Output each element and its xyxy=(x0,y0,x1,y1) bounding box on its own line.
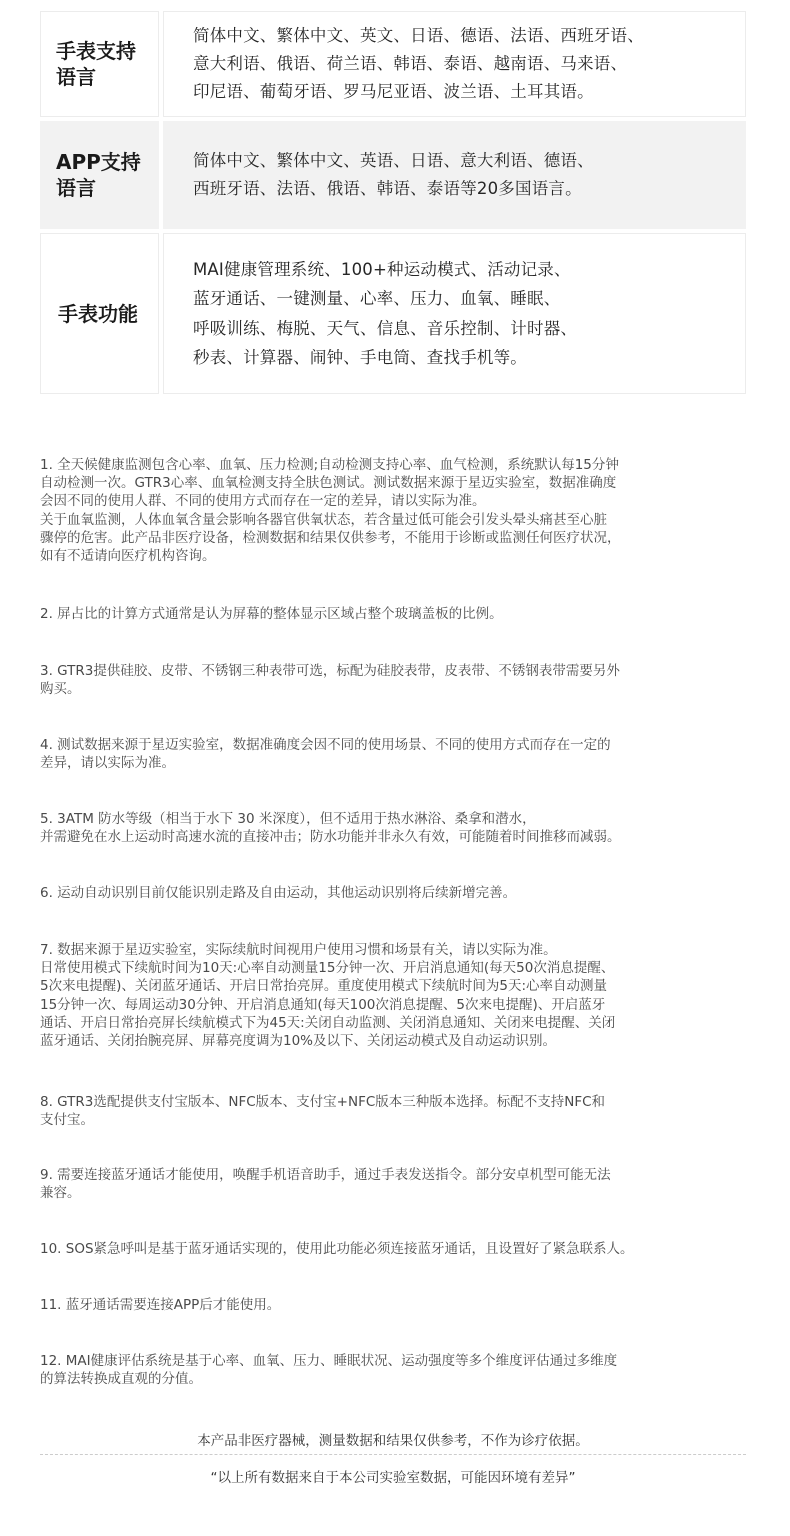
footnote-3: 3. GTR3提供硅胶、皮带、不锈钢三种表带可选，标配为硅胶表带，皮表带、不锈钢… xyxy=(40,662,752,698)
spec-row-watch-features: 手表功能 MAI健康管理系统、100+种运动模式、活动记录、 蓝牙通话、一键测量… xyxy=(40,233,746,394)
spec-label-cell: APP支持 语言 xyxy=(40,121,159,229)
footnote-7: 7. 数据来源于星迈实验室，实际续航时间视用户使用习惯和场景有关，请以实际为准。… xyxy=(40,941,752,1050)
footnote-4: 4. 测试数据来源于星迈实验室，数据准确度会因不同的使用场景、不同的使用方式而存… xyxy=(40,736,752,772)
footnote-5: 5. 3ATM 防水等级（相当于水下 30 米深度），但不适用于热水淋浴、桑拿和… xyxy=(40,810,752,846)
spec-value: MAI健康管理系统、100+种运动模式、活动记录、 蓝牙通话、一键测量、心率、压… xyxy=(193,255,577,373)
data-source-quote: “以上所有数据来自于本公司实验室数据，可能因环境有差异” xyxy=(40,1466,746,1486)
spec-row-app-languages: APP支持 语言 简体中文、繁体中文、英语、日语、意大利语、德语、 西班牙语、法… xyxy=(40,121,746,229)
footnote-6: 6. 运动自动识别目前仅能识别走路及自由运动，其他运动识别将后续新增完善。 xyxy=(40,884,752,902)
spec-row-watch-languages: 手表支持 语言 简体中文、繁体中文、英文、日语、德语、法语、西班牙语、 意大利语… xyxy=(40,11,746,117)
spec-label: APP支持 语言 xyxy=(56,149,141,201)
footnote-2: 2. 屏占比的计算方式通常是认为屏幕的整体显示区域占整个玻璃盖板的比例。 xyxy=(40,605,752,623)
spec-value-cell: 简体中文、繁体中文、英语、日语、意大利语、德语、 西班牙语、法语、俄语、韩语、泰… xyxy=(163,121,746,229)
footnote-8: 8. GTR3选配提供支付宝版本、NFC版本、支付宝+NFC版本三种版本选择。标… xyxy=(40,1093,752,1129)
spec-value-cell: MAI健康管理系统、100+种运动模式、活动记录、 蓝牙通话、一键测量、心率、压… xyxy=(163,233,746,394)
spec-label-cell: 手表支持 语言 xyxy=(40,11,159,117)
footnote-9: 9. 需要连接蓝牙通话才能使用，唤醒手机语音助手，通过手表发送指令。部分安卓机型… xyxy=(40,1166,752,1202)
medical-disclaimer: 本产品非医疗器械，测量数据和结果仅供参考，不作为诊疗依据。 xyxy=(40,1429,746,1449)
spec-value-cell: 简体中文、繁体中文、英文、日语、德语、法语、西班牙语、 意大利语、俄语、荷兰语、… xyxy=(163,11,746,117)
footnote-1: 1. 全天候健康监测包含心率、血氧、压力检测;自动检测支持心率、血气检测，系统默… xyxy=(40,456,752,565)
footnote-12: 12. MAI健康评估系统是基于心率、血氧、压力、睡眠状况、运动强度等多个维度评… xyxy=(40,1352,752,1388)
spec-label-cell: 手表功能 xyxy=(40,233,159,394)
spec-value: 简体中文、繁体中文、英语、日语、意大利语、德语、 西班牙语、法语、俄语、韩语、泰… xyxy=(193,147,594,203)
spec-value: 简体中文、繁体中文、英文、日语、德语、法语、西班牙语、 意大利语、俄语、荷兰语、… xyxy=(193,22,644,106)
footnote-11: 11. 蓝牙通话需要连接APP后才能使用。 xyxy=(40,1296,752,1314)
spec-label: 手表功能 xyxy=(58,301,138,327)
dashed-divider xyxy=(40,1454,746,1455)
spec-label: 手表支持 语言 xyxy=(56,38,136,90)
footnote-10: 10. SOS紧急呼叫是基于蓝牙通话实现的，使用此功能必须连接蓝牙通话，且设置好… xyxy=(40,1240,752,1258)
spec-table: 手表支持 语言 简体中文、繁体中文、英文、日语、德语、法语、西班牙语、 意大利语… xyxy=(40,11,746,398)
